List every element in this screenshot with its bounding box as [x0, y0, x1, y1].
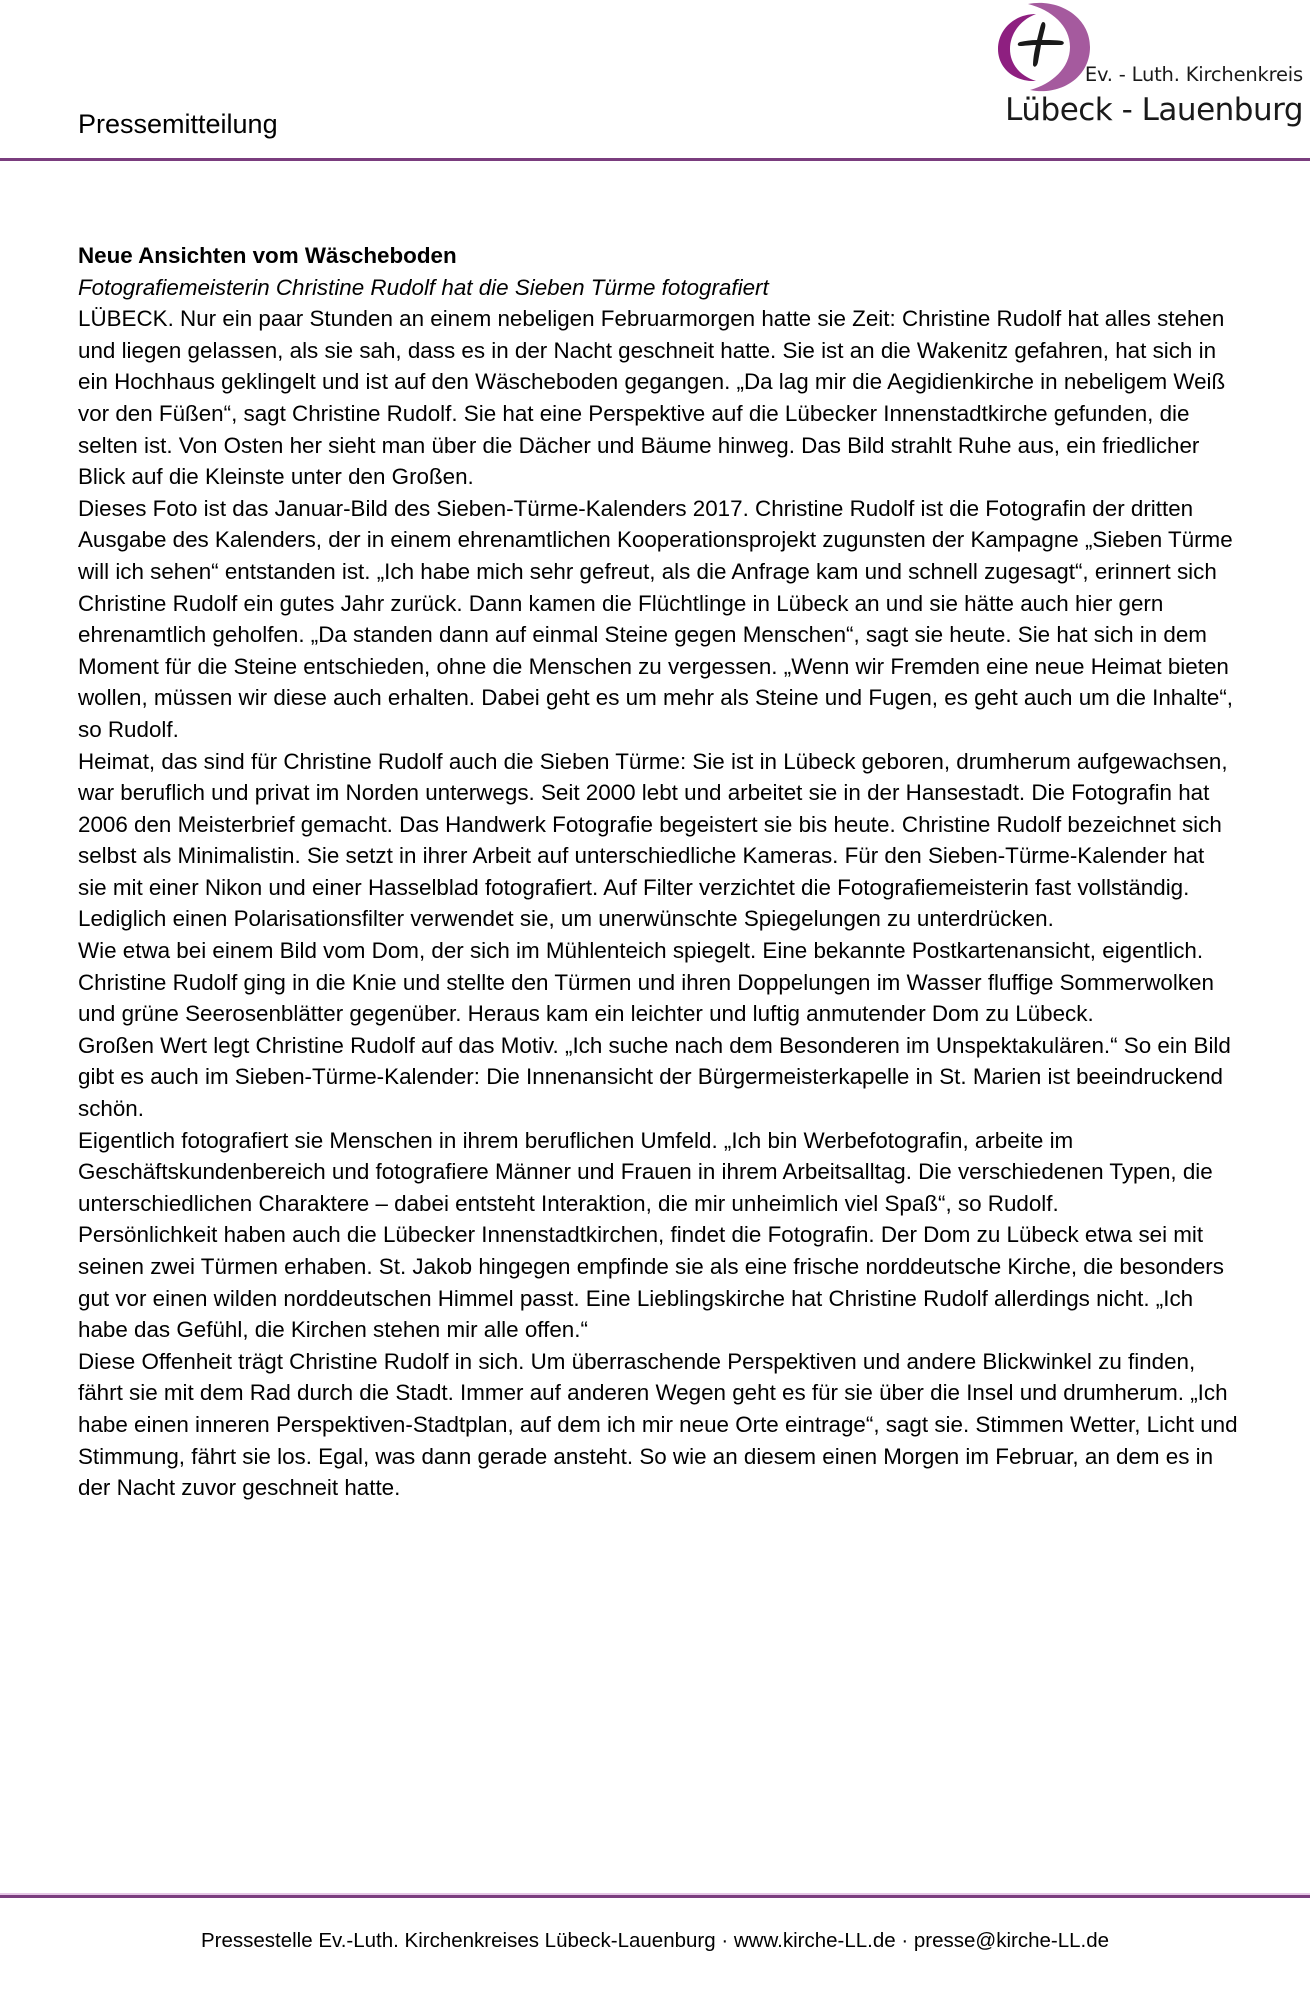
- footer-contact: Pressestelle Ev.-Luth. Kirchenkreises Lü…: [0, 1928, 1310, 1954]
- article-paragraph: Heimat, das sind für Christine Rudolf au…: [78, 746, 1238, 936]
- header-divider: [0, 158, 1310, 161]
- article-paragraph: Dieses Foto ist das Januar-Bild des Sieb…: [78, 493, 1238, 746]
- footer-divider: [0, 1895, 1310, 1898]
- article-paragraph: Diese Offenheit trägt Christine Rudolf i…: [78, 1346, 1238, 1504]
- logo-text-line2: Lübeck - Lauenburg: [1005, 92, 1303, 128]
- article-paragraph: Wie etwa bei einem Bild vom Dom, der sic…: [78, 935, 1238, 1030]
- article-paragraph: Eigentlich fotografiert sie Menschen in …: [78, 1125, 1238, 1220]
- church-district-logo: Ev. - Luth. Kirchenkreis Lübeck - Lauenb…: [990, 0, 1310, 135]
- article-subheadline: Fotografiemeisterin Christine Rudolf hat…: [78, 272, 1238, 304]
- article-paragraph: LÜBECK. Nur ein paar Stunden an einem ne…: [78, 303, 1238, 493]
- document-type-title: Pressemitteilung: [78, 108, 278, 140]
- press-release-body: Neue Ansichten vom Wäscheboden Fotografi…: [78, 240, 1238, 1504]
- article-paragraph: Persönlichkeit haben auch die Lübecker I…: [78, 1219, 1238, 1345]
- cross-in-crescents-logo-icon: [990, 0, 1100, 95]
- article-headline: Neue Ansichten vom Wäscheboden: [78, 240, 1238, 272]
- logo-text-line1: Ev. - Luth. Kirchenkreis: [1085, 63, 1303, 86]
- article-paragraph: Großen Wert legt Christine Rudolf auf da…: [78, 1030, 1238, 1125]
